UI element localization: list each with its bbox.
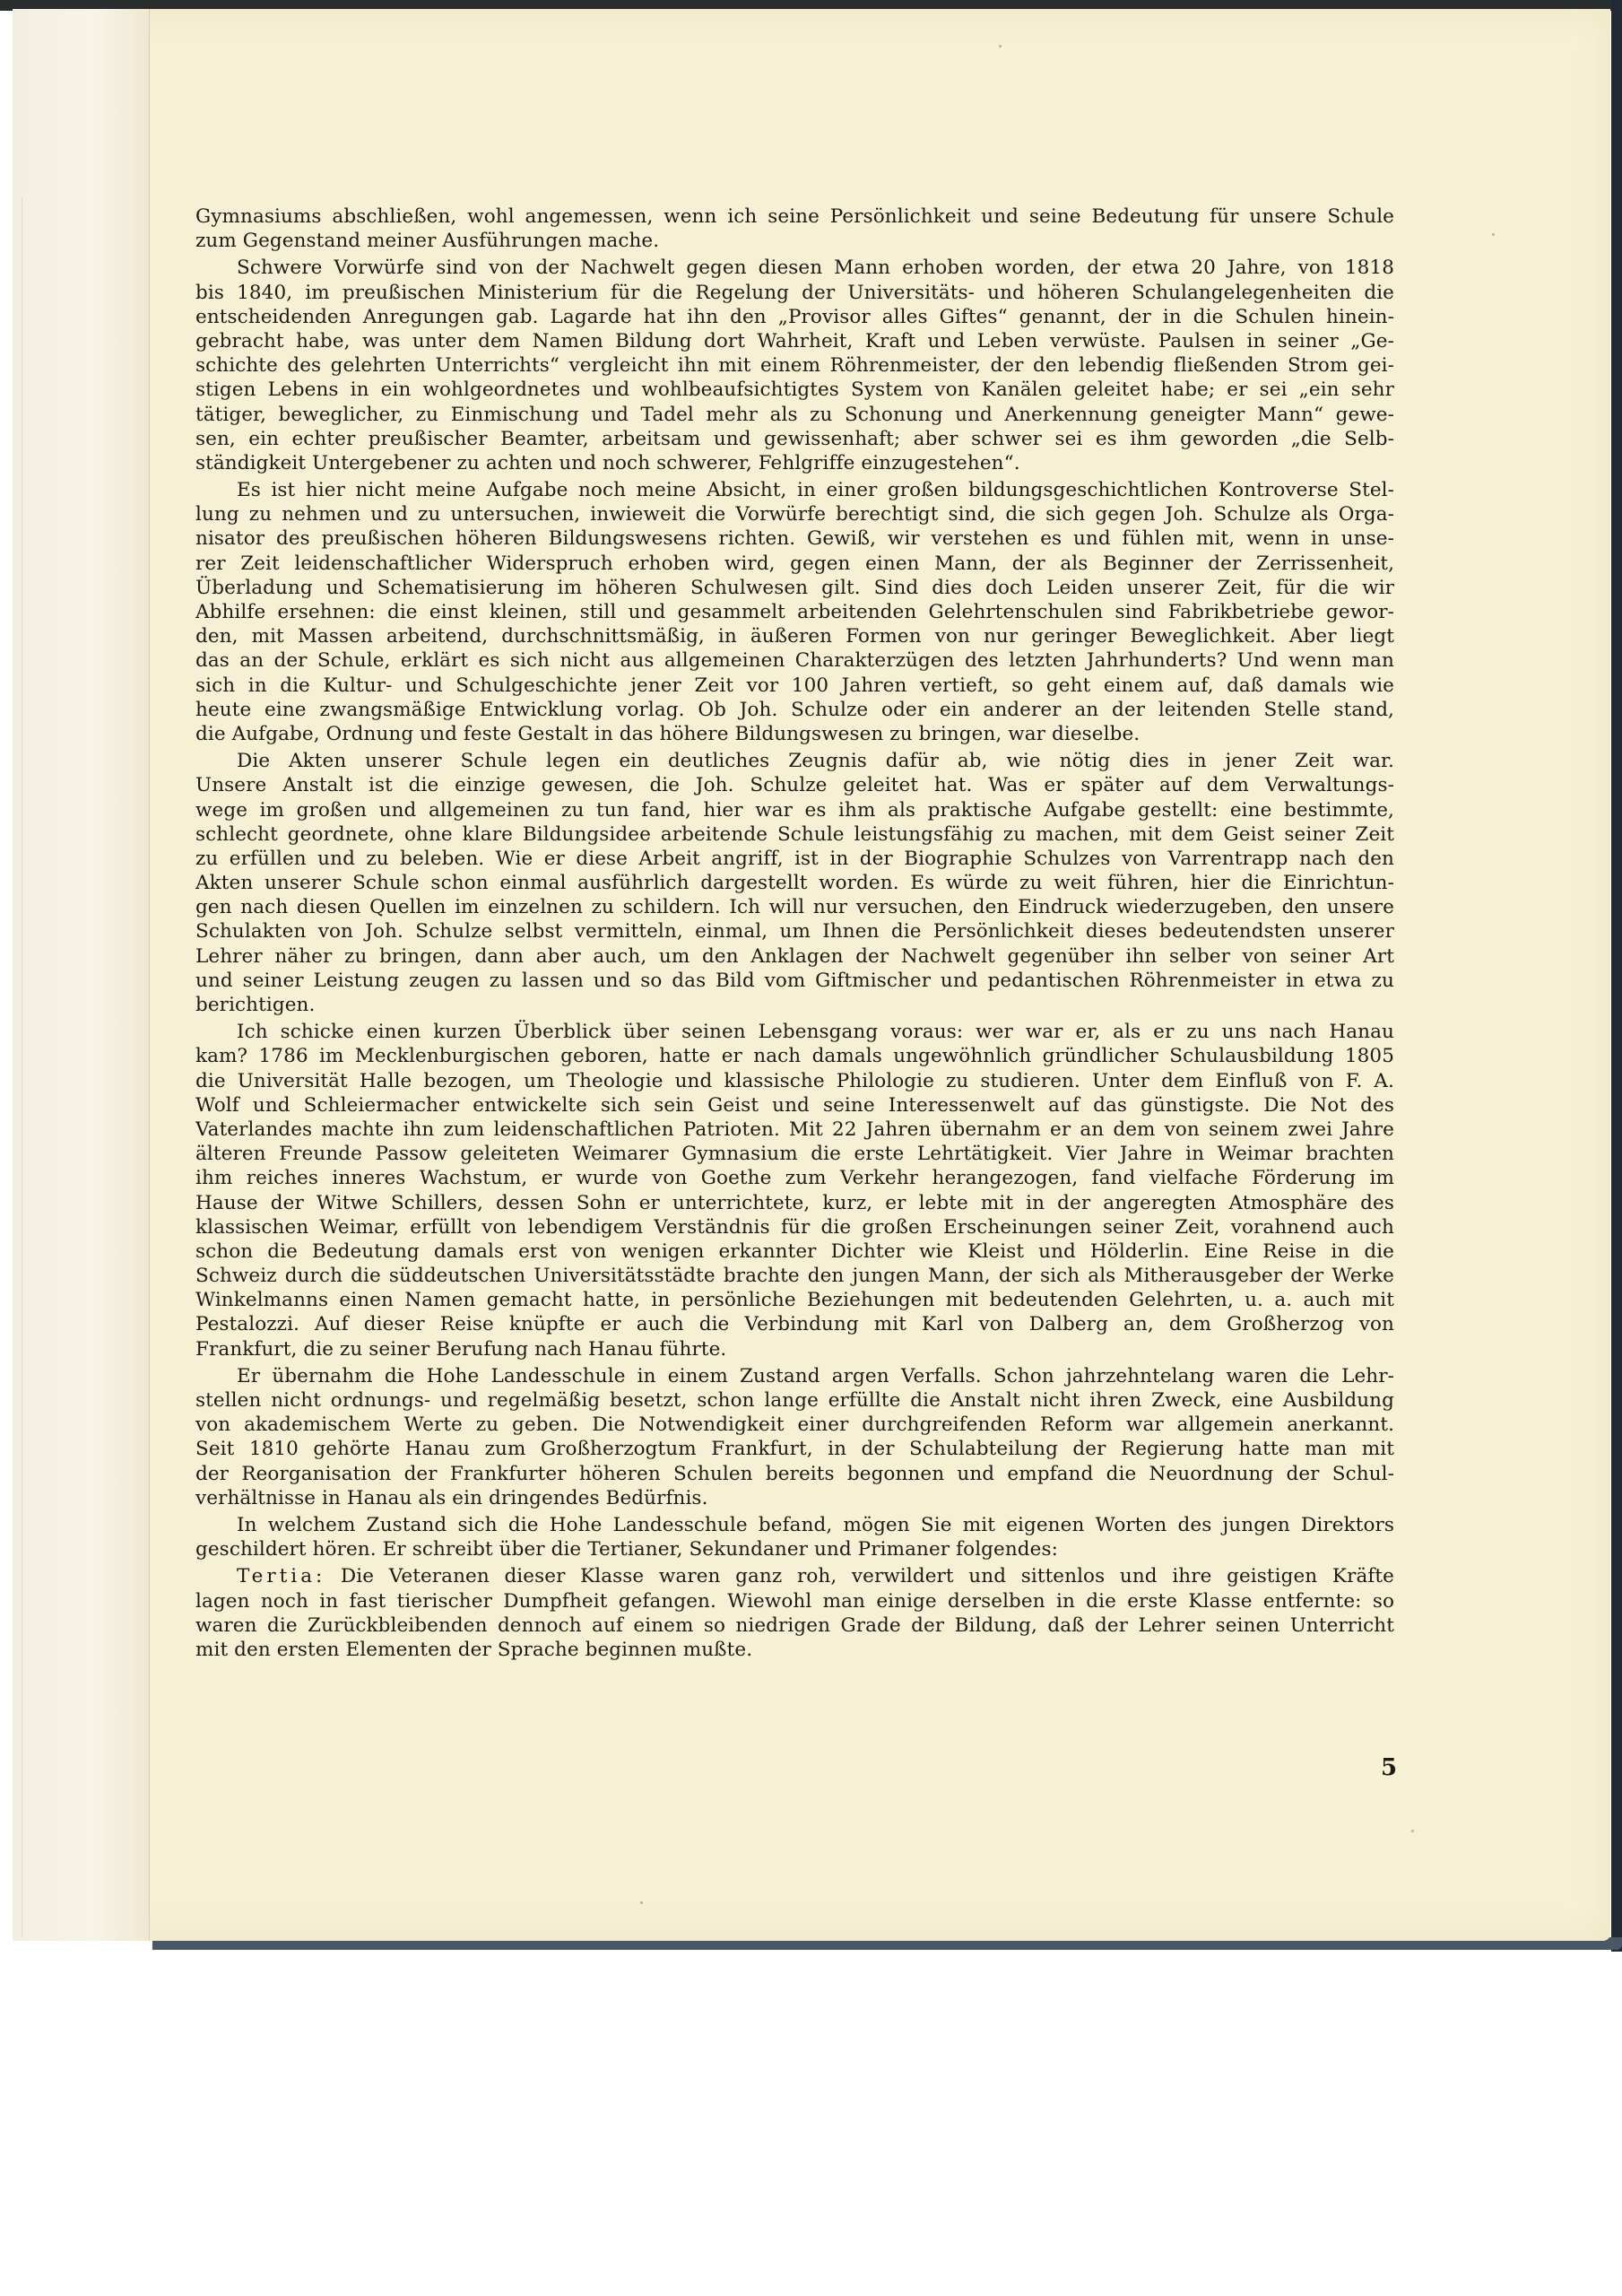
- text-line: Wolf und Schleiermacher entwickelte sich…: [195, 1093, 1394, 1118]
- text-line: Die Akten unserer Schule legen ein deutl…: [195, 749, 1394, 773]
- text-line: gen nach diesen Quellen im einzelnen zu …: [195, 895, 1394, 919]
- paragraph: Ich schicke einen kurzen Überblick über …: [195, 1020, 1394, 1361]
- text-line: lung zu nehmen und zu untersuchen, inwie…: [195, 502, 1394, 526]
- paper-speck: [640, 1901, 643, 1904]
- line-text: Vaterlandes machte ihn zum leidenschaftl…: [195, 1118, 1394, 1141]
- line-text: Die Veteranen dieser Klasse waren ganz r…: [325, 1565, 1394, 1587]
- paper-speck: [1492, 233, 1495, 236]
- line-text: Schulakten von Joh. Schulze selbst vermi…: [195, 920, 1394, 943]
- paragraph: Es ist hier nicht meine Aufgabe noch mei…: [195, 478, 1394, 746]
- line-text: der Reorganisation der Frankfurter höher…: [195, 1463, 1394, 1485]
- text-line: Pestalozzi. Auf dieser Reise knüpfte er …: [195, 1312, 1394, 1336]
- line-text: Überladung und Schematisierung im höhere…: [195, 577, 1394, 599]
- line-text: Wolf und Schleiermacher entwickelte sich…: [195, 1094, 1394, 1117]
- text-line: das an der Schule, erklärt es sich nicht…: [195, 648, 1394, 673]
- text-line: Schwere Vorwürfe sind von der Nachwelt g…: [195, 256, 1394, 280]
- line-text: Schweiz durch die süddeutschen Universit…: [195, 1265, 1394, 1287]
- line-text: geschildert hören. Er schreibt über die …: [195, 1538, 1058, 1561]
- line-text: und seiner Leistung zeugen zu lassen und…: [195, 970, 1394, 992]
- spaced-lead-word: Tertia:: [237, 1565, 325, 1587]
- text-line: Überladung und Schematisierung im höhere…: [195, 576, 1394, 600]
- line-text: nisator des preußischen höheren Bildungs…: [195, 527, 1394, 550]
- body-text: Gymnasiums abschließen, wohl angemessen,…: [195, 204, 1394, 1662]
- line-text: verhältnisse in Hanau als ein dringendes…: [195, 1487, 708, 1509]
- text-line: schlecht geordnete, ohne klare Bildungsi…: [195, 822, 1394, 847]
- line-text: Gymnasiums abschließen, wohl angemessen,…: [195, 205, 1394, 228]
- line-text: bis 1840, im preußischen Ministerium für…: [195, 282, 1394, 304]
- line-text: lung zu nehmen und zu untersuchen, inwie…: [195, 503, 1394, 526]
- book-page: Gymnasiums abschließen, wohl angemessen,…: [13, 9, 1610, 1941]
- text-line: Gymnasiums abschließen, wohl angemessen,…: [195, 204, 1394, 229]
- text-line: nisator des preußischen höheren Bildungs…: [195, 526, 1394, 551]
- text-line: Hause der Witwe Schillers, dessen Sohn e…: [195, 1191, 1394, 1215]
- line-text: schichte des gelehrten Unterrichts“ verg…: [195, 354, 1394, 377]
- line-text: älteren Freunde Passow geleiteten Weimar…: [195, 1143, 1394, 1165]
- text-line: von akademischem Werte zu geben. Die Not…: [195, 1413, 1394, 1437]
- line-text: schlecht geordnete, ohne klare Bildungsi…: [195, 823, 1394, 846]
- line-text: Hause der Witwe Schillers, dessen Sohn e…: [195, 1192, 1394, 1214]
- text-line: lagen noch in fast tierischer Dumpfheit …: [195, 1589, 1394, 1613]
- page-number: 5: [1381, 1754, 1397, 1781]
- text-line: mit den ersten Elementen der Sprache beg…: [195, 1638, 1394, 1662]
- text-line: kam? 1786 im Mecklenburgischen geboren, …: [195, 1044, 1394, 1068]
- line-text: Abhilfe ersehnen: die einst kleinen, sti…: [195, 601, 1394, 623]
- line-text: waren die Zurückbleibenden dennoch auf e…: [195, 1614, 1394, 1637]
- text-line: Frankfurt, die zu seiner Berufung nach H…: [195, 1337, 1394, 1361]
- line-text: Akten unserer Schule schon einmal ausfüh…: [195, 872, 1394, 894]
- text-line: ihm reiches inneres Wachstum, er wurde v…: [195, 1166, 1394, 1190]
- paragraph: Tertia: Die Veteranen dieser Klasse ware…: [195, 1564, 1394, 1662]
- text-line: Schulakten von Joh. Schulze selbst vermi…: [195, 919, 1394, 944]
- line-text: sen, ein echter preußischer Beamter, arb…: [195, 428, 1394, 450]
- text-line: geschildert hören. Er schreibt über die …: [195, 1537, 1394, 1561]
- text-line: rer Zeit leidenschaftlicher Widerspruch …: [195, 552, 1394, 576]
- line-text: stellen nicht ordnungs- und regelmäßig b…: [195, 1389, 1394, 1412]
- line-text: Es ist hier nicht meine Aufgabe noch mei…: [237, 479, 1394, 501]
- line-text: den, mit Massen arbeitend, durchschnitts…: [195, 625, 1394, 648]
- text-line: älteren Freunde Passow geleiteten Weimar…: [195, 1142, 1394, 1166]
- line-text: Frankfurt, die zu seiner Berufung nach H…: [195, 1338, 726, 1361]
- text-line: In welchem Zustand sich die Hohe Landess…: [195, 1513, 1394, 1537]
- line-text: Ich schicke einen kurzen Überblick über …: [237, 1021, 1394, 1043]
- paragraph: Schwere Vorwürfe sind von der Nachwelt g…: [195, 256, 1394, 475]
- text-line: Schweiz durch die süddeutschen Universit…: [195, 1264, 1394, 1288]
- text-line: Akten unserer Schule schon einmal ausfüh…: [195, 871, 1394, 895]
- text-line: die Universität Halle bezogen, um Theolo…: [195, 1069, 1394, 1093]
- text-line: Winkelmanns einen Namen gemacht hatte, i…: [195, 1288, 1394, 1312]
- text-line: Vaterlandes machte ihn zum leidenschaftl…: [195, 1118, 1394, 1142]
- line-text: Winkelmanns einen Namen gemacht hatte, i…: [195, 1289, 1394, 1311]
- binding-strip: [13, 9, 150, 1941]
- line-text: gebracht habe, was unter dem Namen Bildu…: [195, 330, 1394, 352]
- line-text: wege im großen und allgemeinen zu tun fa…: [195, 799, 1394, 822]
- line-text: das an der Schule, erklärt es sich nicht…: [195, 649, 1394, 672]
- text-line: stellen nicht ordnungs- und regelmäßig b…: [195, 1388, 1394, 1413]
- line-text: zu erfüllen und zu beleben. Wie er diese…: [195, 848, 1394, 870]
- line-text: berichtigen.: [195, 994, 315, 1016]
- paper-speck: [999, 45, 1002, 48]
- line-text: von akademischem Werte zu geben. Die Not…: [195, 1413, 1394, 1436]
- line-text: Seit 1810 gehörte Hanau zum Großherzogtu…: [195, 1438, 1394, 1460]
- text-line: wege im großen und allgemeinen zu tun fa…: [195, 798, 1394, 822]
- line-text: entscheidenden Anregungen gab. Lagarde h…: [195, 306, 1394, 328]
- line-text: heute eine zwangsmäßige Entwicklung vorl…: [195, 699, 1394, 721]
- line-text: tätiger, beweglicher, zu Einmischung und…: [195, 404, 1394, 426]
- paragraph: Gymnasiums abschließen, wohl angemessen,…: [195, 204, 1394, 253]
- text-line: stigen Lebens in ein wohlgeordnetes und …: [195, 378, 1394, 402]
- paragraph: Er übernahm die Hohe Landesschule in ein…: [195, 1364, 1394, 1510]
- text-line: Ich schicke einen kurzen Überblick über …: [195, 1020, 1394, 1044]
- text-line: klassischen Weimar, erfüllt von lebendig…: [195, 1215, 1394, 1239]
- text-line: zum Gegenstand meiner Ausführungen mache…: [195, 229, 1394, 253]
- text-line: Es ist hier nicht meine Aufgabe noch mei…: [195, 478, 1394, 502]
- paragraph: In welchem Zustand sich die Hohe Landess…: [195, 1513, 1394, 1561]
- text-line: Unsere Anstalt ist die einzige gewesen, …: [195, 773, 1394, 797]
- text-line: Lehrer näher zu bringen, dann aber auch,…: [195, 944, 1394, 969]
- line-text: schon die Bedeutung damals erst von weni…: [195, 1240, 1394, 1263]
- text-line: ständigkeit Untergebener zu achten und n…: [195, 451, 1394, 475]
- line-text: In welchem Zustand sich die Hohe Landess…: [237, 1514, 1394, 1536]
- text-line: bis 1840, im preußischen Ministerium für…: [195, 281, 1394, 305]
- book-cover-edge-right: [1611, 0, 1622, 1952]
- line-text: zum Gegenstand meiner Ausführungen mache…: [195, 230, 659, 252]
- paper-speck: [1411, 1830, 1414, 1832]
- text-line: der Reorganisation der Frankfurter höher…: [195, 1462, 1394, 1486]
- line-text: gen nach diesen Quellen im einzelnen zu …: [195, 896, 1394, 918]
- text-line: die Aufgabe, Ordnung und feste Gestalt i…: [195, 722, 1394, 746]
- line-text: stigen Lebens in ein wohlgeordnetes und …: [195, 378, 1394, 401]
- text-line: sen, ein echter preußischer Beamter, arb…: [195, 427, 1394, 451]
- text-line: waren die Zurückbleibenden dennoch auf e…: [195, 1613, 1394, 1638]
- line-text: mit den ersten Elementen der Sprache beg…: [195, 1639, 752, 1661]
- line-text: die Aufgabe, Ordnung und feste Gestalt i…: [195, 723, 1140, 745]
- text-line: Abhilfe ersehnen: die einst kleinen, sti…: [195, 600, 1394, 624]
- text-line: verhältnisse in Hanau als ein dringendes…: [195, 1486, 1394, 1510]
- text-line: zu erfüllen und zu beleben. Wie er diese…: [195, 847, 1394, 871]
- line-text: Er übernahm die Hohe Landesschule in ein…: [237, 1365, 1394, 1387]
- text-line: Tertia: Die Veteranen dieser Klasse ware…: [195, 1564, 1394, 1588]
- text-line: den, mit Massen arbeitend, durchschnitts…: [195, 624, 1394, 648]
- text-line: berichtigen.: [195, 993, 1394, 1017]
- text-line: heute eine zwangsmäßige Entwicklung vorl…: [195, 698, 1394, 722]
- line-text: Pestalozzi. Auf dieser Reise knüpfte er …: [195, 1313, 1394, 1335]
- line-text: kam? 1786 im Mecklenburgischen geboren, …: [195, 1045, 1394, 1067]
- line-text: klassischen Weimar, erfüllt von lebendig…: [195, 1216, 1394, 1239]
- text-line: schichte des gelehrten Unterrichts“ verg…: [195, 353, 1394, 378]
- text-line: und seiner Leistung zeugen zu lassen und…: [195, 969, 1394, 993]
- text-line: gebracht habe, was unter dem Namen Bildu…: [195, 329, 1394, 353]
- line-text: ihm reiches inneres Wachstum, er wurde v…: [195, 1167, 1394, 1189]
- text-line: Seit 1810 gehörte Hanau zum Großherzogtu…: [195, 1437, 1394, 1461]
- text-line: entscheidenden Anregungen gab. Lagarde h…: [195, 305, 1394, 329]
- line-text: lagen noch in fast tierischer Dumpfheit …: [195, 1590, 1394, 1613]
- line-text: Lehrer näher zu bringen, dann aber auch,…: [195, 945, 1394, 968]
- line-text: die Universität Halle bezogen, um Theolo…: [195, 1070, 1394, 1092]
- paragraph: Die Akten unserer Schule legen ein deutl…: [195, 749, 1394, 1017]
- text-line: Er übernahm die Hohe Landesschule in ein…: [195, 1364, 1394, 1388]
- text-line: tätiger, beweglicher, zu Einmischung und…: [195, 403, 1394, 427]
- line-text: Die Akten unserer Schule legen ein deutl…: [237, 750, 1394, 772]
- text-line: schon die Bedeutung damals erst von weni…: [195, 1239, 1394, 1264]
- line-text: ständigkeit Untergebener zu achten und n…: [195, 452, 1020, 474]
- line-text: rer Zeit leidenschaftlicher Widerspruch …: [195, 552, 1394, 575]
- fold-line: [22, 197, 22, 1937]
- line-text: Unsere Anstalt ist die einzige gewesen, …: [195, 774, 1394, 796]
- line-text: sich in die Kultur- und Schulgeschichte …: [195, 674, 1394, 697]
- line-text: Schwere Vorwürfe sind von der Nachwelt g…: [237, 257, 1394, 279]
- text-line: sich in die Kultur- und Schulgeschichte …: [195, 674, 1394, 698]
